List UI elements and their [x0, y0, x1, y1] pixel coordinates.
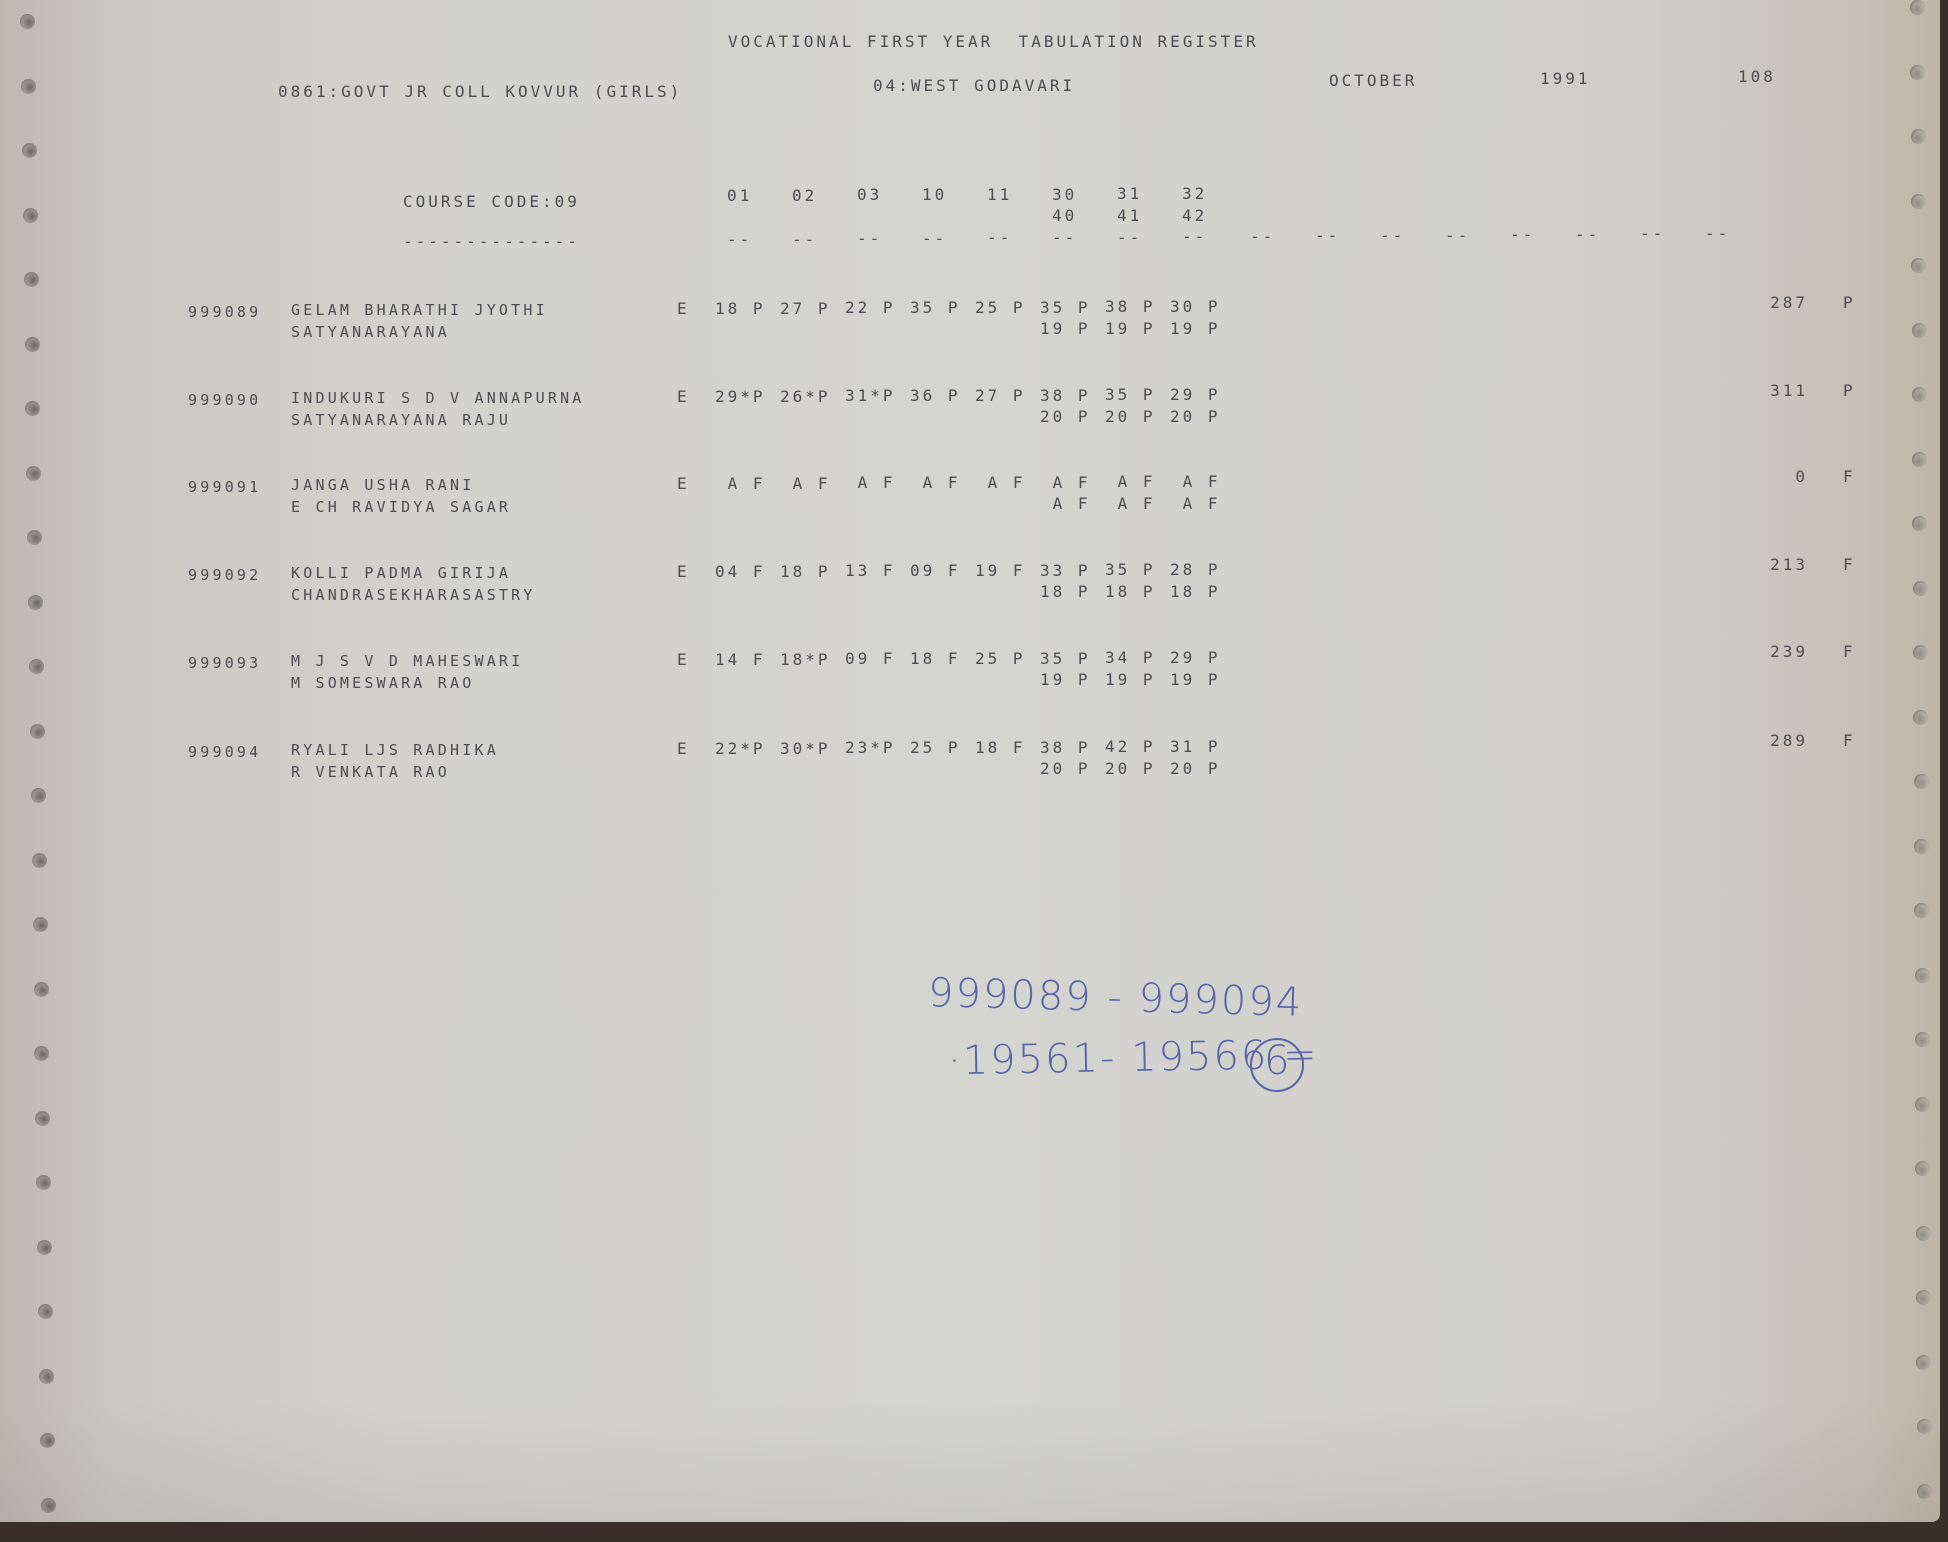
column-divider: --	[1052, 228, 1077, 248]
subject-mark: 18 P	[780, 562, 831, 582]
student-row: 999090INDUKURI S D V ANNAPURNASATYANARAY…	[0, 385, 1940, 445]
subject-mark: 35 P	[1040, 298, 1091, 318]
result-status: P	[1843, 381, 1856, 401]
feed-hole-icon	[34, 1046, 49, 1061]
subject-mark: 28 P	[1170, 560, 1221, 580]
feed-hole-icon	[1914, 903, 1929, 918]
feed-hole-icon	[22, 143, 37, 158]
subject-mark: 14 F	[715, 650, 766, 670]
subject-code: 42	[1182, 206, 1207, 226]
subject-code: 40	[1052, 206, 1077, 226]
exam-month: OCTOBER	[1329, 71, 1417, 91]
subject-mark: 22*P	[715, 739, 766, 759]
subject-mark: 19 P	[1040, 319, 1091, 339]
feed-hole-icon	[34, 982, 49, 997]
column-divider: --	[792, 230, 817, 250]
feed-hole-icon	[38, 1304, 53, 1319]
feed-hole-icon	[1911, 194, 1926, 209]
subject-code: 30	[1052, 185, 1077, 205]
feed-hole-icon	[1917, 1419, 1932, 1434]
medium-code: E	[677, 299, 690, 319]
subject-mark: 42 P	[1105, 737, 1156, 757]
medium-code: E	[677, 474, 690, 494]
subject-mark: 30 P	[1170, 297, 1221, 317]
subject-mark: A F	[1105, 472, 1156, 492]
hall-ticket-number: 999092	[188, 565, 261, 585]
subject-mark: 19 P	[1105, 319, 1156, 339]
subject-mark: 29 P	[1170, 648, 1221, 668]
column-divider: --	[1182, 227, 1207, 247]
handwritten-count: 6	[1264, 1038, 1291, 1084]
result-status: F	[1843, 555, 1856, 575]
medium-code: E	[677, 650, 690, 670]
subject-mark: 35 P	[1040, 649, 1091, 669]
feed-hole-icon	[36, 1175, 51, 1190]
subject-mark: 04 F	[715, 562, 766, 582]
father-name: SATYANARAYANA RAJU	[291, 410, 511, 430]
subject-mark: 19 F	[975, 561, 1026, 581]
medium-code: E	[677, 387, 690, 407]
subject-mark: 27 P	[975, 386, 1026, 406]
column-divider: --	[1575, 225, 1600, 245]
handwritten-range-line1: 999089 - 999094	[927, 970, 1303, 1026]
subject-mark: 19 P	[1105, 670, 1156, 690]
subject-mark: 13 F	[845, 561, 896, 581]
column-divider: --	[922, 229, 947, 249]
student-row: 999094RYALI LJS RADHIKAR VENKATA RAOE22*…	[0, 737, 1940, 797]
subject-mark: 20 P	[1040, 759, 1091, 779]
feed-hole-icon	[39, 1369, 54, 1384]
feed-hole-icon	[1911, 129, 1926, 144]
medium-code: E	[677, 739, 690, 759]
feed-hole-icon	[27, 530, 42, 545]
hall-ticket-number: 999089	[188, 302, 261, 322]
subject-mark: A F	[780, 474, 831, 494]
feed-hole-icon	[1915, 1097, 1930, 1112]
feed-hole-icon	[21, 79, 36, 94]
subject-mark: 34 P	[1105, 648, 1156, 668]
hall-ticket-number: 999094	[188, 742, 261, 762]
subject-mark: 38 P	[1040, 738, 1091, 758]
column-divider: --	[857, 229, 882, 249]
subject-mark: 35 P	[1105, 560, 1156, 580]
subject-mark: 20 P	[1105, 759, 1156, 779]
subject-mark: A F	[975, 473, 1026, 493]
column-divider: --	[1250, 227, 1275, 247]
subject-mark: 35 P	[1105, 385, 1156, 405]
feed-hole-icon	[1912, 452, 1927, 467]
column-divider: --	[1117, 228, 1142, 248]
subject-mark: 18 P	[1170, 582, 1221, 602]
father-name: E CH RAVIDYA SAGAR	[291, 497, 511, 517]
subject-code: 01	[727, 186, 752, 206]
subject-mark: A F	[1170, 472, 1221, 492]
subject-mark: 18 P	[715, 299, 766, 319]
father-name: M SOMESWARA RAO	[291, 673, 474, 693]
subject-mark: 36 P	[910, 386, 961, 406]
hall-ticket-number: 999090	[188, 390, 261, 410]
subject-mark: 09 F	[845, 649, 896, 669]
subject-mark: A F	[1105, 494, 1156, 514]
district-name: 04:WEST GODAVARI	[873, 76, 1075, 96]
feed-hole-icon	[37, 1240, 52, 1255]
feed-hole-icon	[23, 208, 38, 223]
subject-mark: 23*P	[845, 738, 896, 758]
feed-hole-icon	[1910, 0, 1925, 15]
result-status: F	[1843, 731, 1856, 751]
feed-hole-icon	[33, 917, 48, 932]
father-name: R VENKATA RAO	[291, 762, 450, 782]
course-code-underline: --------------	[403, 232, 580, 252]
column-divider: --	[1510, 225, 1535, 245]
subject-mark: 19 P	[1170, 670, 1221, 690]
subject-code: 10	[922, 185, 947, 205]
medium-code: E	[677, 562, 690, 582]
subject-mark: 38 P	[1105, 297, 1156, 317]
student-name: KOLLI PADMA GIRIJA	[291, 563, 511, 583]
column-divider: --	[727, 230, 752, 250]
subject-mark: 25 P	[975, 298, 1026, 318]
student-name: M J S V D MAHESWARI	[291, 651, 523, 671]
subject-code: 31	[1117, 184, 1142, 204]
subject-mark: 20 P	[1040, 407, 1091, 427]
column-divider: --	[1445, 226, 1470, 246]
hall-ticket-number: 999093	[188, 653, 261, 673]
feed-hole-icon	[1914, 839, 1929, 854]
subject-mark: A F	[1040, 494, 1091, 514]
total-marks: 289	[1770, 731, 1808, 751]
result-status: F	[1843, 467, 1856, 487]
subject-mark: 22 P	[845, 298, 896, 318]
column-divider: --	[987, 228, 1012, 248]
page-number: 108	[1738, 67, 1776, 87]
feed-hole-icon	[1916, 1226, 1931, 1241]
subject-mark: 26*P	[780, 387, 831, 407]
subject-mark: 38 P	[1040, 386, 1091, 406]
feed-hole-icon	[1913, 710, 1928, 725]
student-name: INDUKURI S D V ANNAPURNA	[291, 388, 585, 408]
subject-mark: 35 P	[910, 298, 961, 318]
total-marks: 239	[1770, 642, 1808, 662]
subject-mark: 20 P	[1170, 759, 1221, 779]
feed-hole-icon	[1917, 1484, 1932, 1499]
subject-mark: 29 P	[1170, 385, 1221, 405]
subject-mark: 09 F	[910, 561, 961, 581]
feed-hole-icon	[1910, 65, 1925, 80]
result-status: P	[1843, 293, 1856, 313]
subject-mark: 20 P	[1170, 407, 1221, 427]
subject-mark: 29*P	[715, 387, 766, 407]
student-row: 999092KOLLI PADMA GIRIJACHANDRASEKHARASA…	[0, 560, 1940, 620]
subject-mark: 25 P	[910, 738, 961, 758]
student-name: RYALI LJS RADHIKA	[291, 740, 499, 760]
feed-hole-icon	[1916, 1290, 1931, 1305]
subject-mark: A F	[1040, 473, 1091, 493]
student-name: JANGA USHA RANI	[291, 475, 474, 495]
feed-hole-icon	[1915, 1161, 1930, 1176]
father-name: SATYANARAYANA	[291, 322, 450, 342]
result-status: F	[1843, 642, 1856, 662]
printout-sheet: VOCATIONAL FIRST YEAR TABULATION REGISTE…	[0, 0, 1940, 1522]
feed-hole-icon	[1911, 258, 1926, 273]
subject-mark: A F	[1170, 494, 1221, 514]
subject-mark: 30*P	[780, 739, 831, 759]
student-row: 999093M J S V D MAHESWARIM SOMESWARA RAO…	[0, 648, 1940, 708]
subject-mark: 18 P	[1040, 582, 1091, 602]
subject-code: 32	[1182, 184, 1207, 204]
subject-code: 03	[857, 185, 882, 205]
father-name: CHANDRASEKHARASASTRY	[291, 585, 536, 605]
subject-mark: 33 P	[1040, 561, 1091, 581]
total-marks: 213	[1770, 555, 1808, 575]
subject-mark: 31*P	[845, 386, 896, 406]
total-marks: 287	[1770, 293, 1808, 313]
college-name: 0861:GOVT JR COLL KOVVUR (GIRLS)	[278, 82, 682, 102]
subject-mark: 18 F	[975, 738, 1026, 758]
subject-mark: 27 P	[780, 299, 831, 319]
student-name: GELAM BHARATHI JYOTHI	[291, 300, 548, 320]
course-code-label: COURSE CODE:09	[403, 192, 580, 212]
subject-mark: 18 P	[1105, 582, 1156, 602]
total-marks: 0	[1795, 467, 1808, 487]
feed-hole-icon	[41, 1498, 56, 1513]
subject-mark: 18*P	[780, 650, 831, 670]
student-row: 999091JANGA USHA RANIE CH RAVIDYA SAGARE…	[0, 472, 1940, 532]
subject-mark: 25 P	[975, 649, 1026, 669]
column-divider: --	[1705, 224, 1730, 244]
feed-hole-icon	[24, 272, 39, 287]
column-divider: --	[1380, 226, 1405, 246]
subject-mark: A F	[845, 473, 896, 493]
subject-mark: A F	[910, 473, 961, 493]
subject-mark: 19 P	[1170, 319, 1221, 339]
subject-mark: 20 P	[1105, 407, 1156, 427]
feed-hole-icon	[1916, 1355, 1931, 1370]
subject-code: 11	[987, 185, 1012, 205]
subject-mark: 18 F	[910, 649, 961, 669]
subject-mark: 19 P	[1040, 670, 1091, 690]
feed-hole-icon	[1915, 968, 1930, 983]
feed-hole-icon	[1915, 1032, 1930, 1047]
total-marks: 311	[1770, 381, 1808, 401]
subject-code: 02	[792, 186, 817, 206]
hall-ticket-number: 999091	[188, 477, 261, 497]
subject-mark: 31 P	[1170, 737, 1221, 757]
register-title: VOCATIONAL FIRST YEAR TABULATION REGISTE…	[728, 32, 1259, 52]
student-row: 999089GELAM BHARATHI JYOTHISATYANARAYANA…	[0, 297, 1940, 357]
feed-hole-icon	[40, 1433, 55, 1448]
feed-hole-icon	[20, 14, 35, 29]
feed-hole-icon	[35, 1111, 50, 1126]
feed-hole-icon	[32, 853, 47, 868]
column-divider: --	[1315, 226, 1340, 246]
exam-year: 1991	[1540, 69, 1591, 89]
subject-mark: A F	[715, 474, 766, 494]
subject-code: 41	[1117, 206, 1142, 226]
column-divider: --	[1640, 224, 1665, 244]
